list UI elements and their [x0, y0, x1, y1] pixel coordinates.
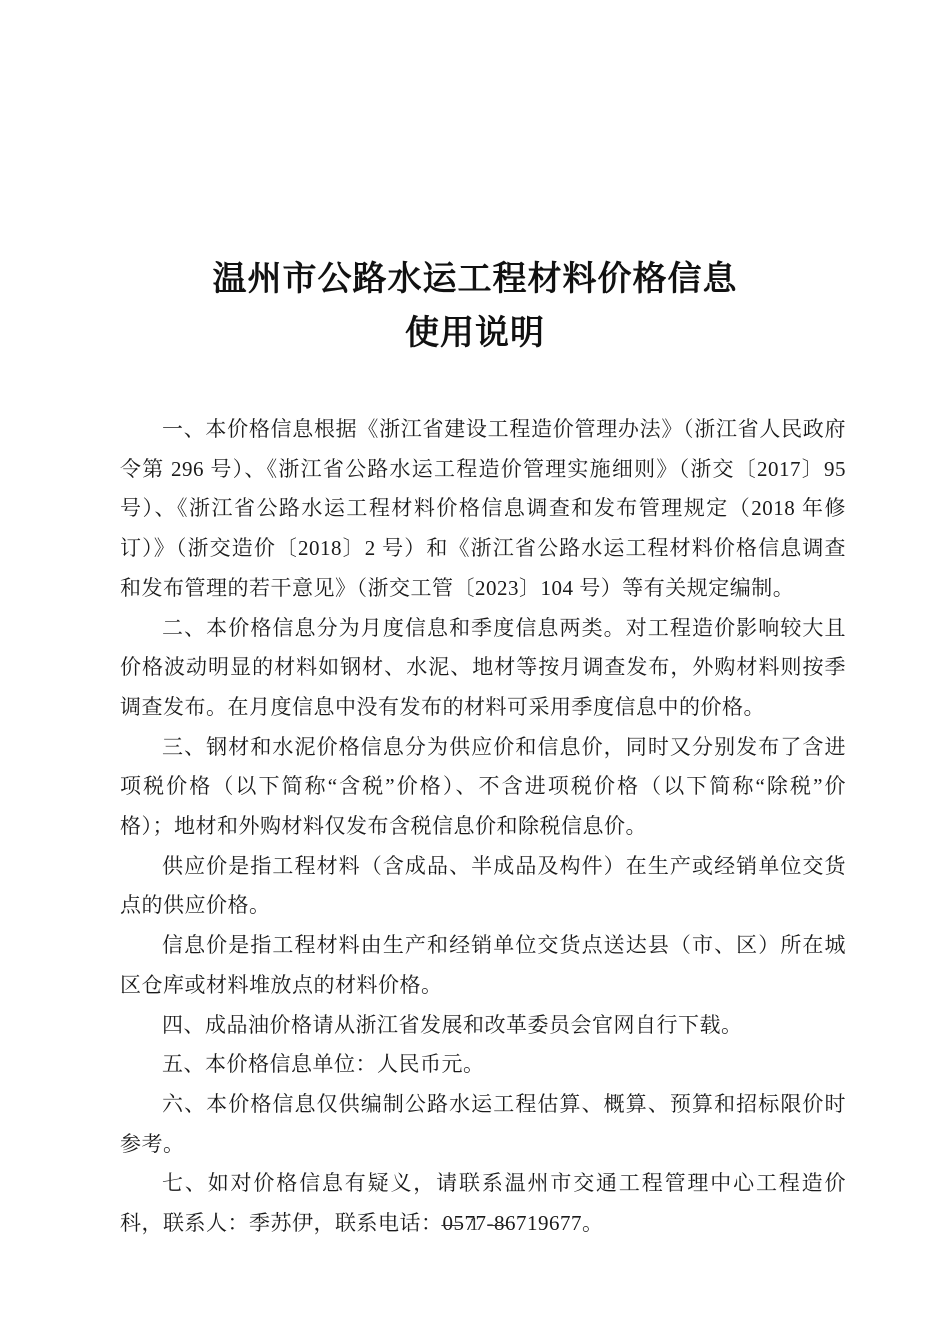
page-number: — 1 — — [442, 1214, 509, 1235]
paragraph-7: 五、本价格信息单位：人民币元。 — [120, 1045, 846, 1085]
paragraph-8: 六、本价格信息仅供编制公路水运工程估算、概算、预算和招标限价时参考。 — [120, 1085, 846, 1164]
document-body: 一、本价格信息根据《浙江省建设工程造价管理办法》（浙江省人民政府令第 296 号… — [120, 410, 846, 1244]
paragraph-6: 四、成品油价格请从浙江省发展和改革委员会官网自行下载。 — [120, 1006, 846, 1046]
document-title-line1: 温州市公路水运工程材料价格信息 — [0, 253, 950, 307]
paragraph-1: 一、本价格信息根据《浙江省建设工程造价管理办法》（浙江省人民政府令第 296 号… — [120, 410, 846, 609]
document-title: 温州市公路水运工程材料价格信息 使用说明 — [0, 0, 950, 361]
document-title-line2: 使用说明 — [0, 307, 950, 361]
paragraph-2: 二、本价格信息分为月度信息和季度信息两类。对工程造价影响较大且价格波动明显的材料… — [120, 609, 846, 728]
page-footer: — 1 — — [0, 1206, 950, 1244]
document-page: 温州市公路水运工程材料价格信息 使用说明 一、本价格信息根据《浙江省建设工程造价… — [0, 0, 950, 1344]
paragraph-5: 信息价是指工程材料由生产和经销单位交货点送达县（市、区）所在城区仓库或材料堆放点… — [120, 926, 846, 1005]
paragraph-3: 三、钢材和水泥价格信息分为供应价和信息价，同时又分别发布了含进项税价格（以下简称… — [120, 728, 846, 847]
paragraph-4: 供应价是指工程材料（含成品、半成品及构件）在生产或经销单位交货点的供应价格。 — [120, 847, 846, 926]
